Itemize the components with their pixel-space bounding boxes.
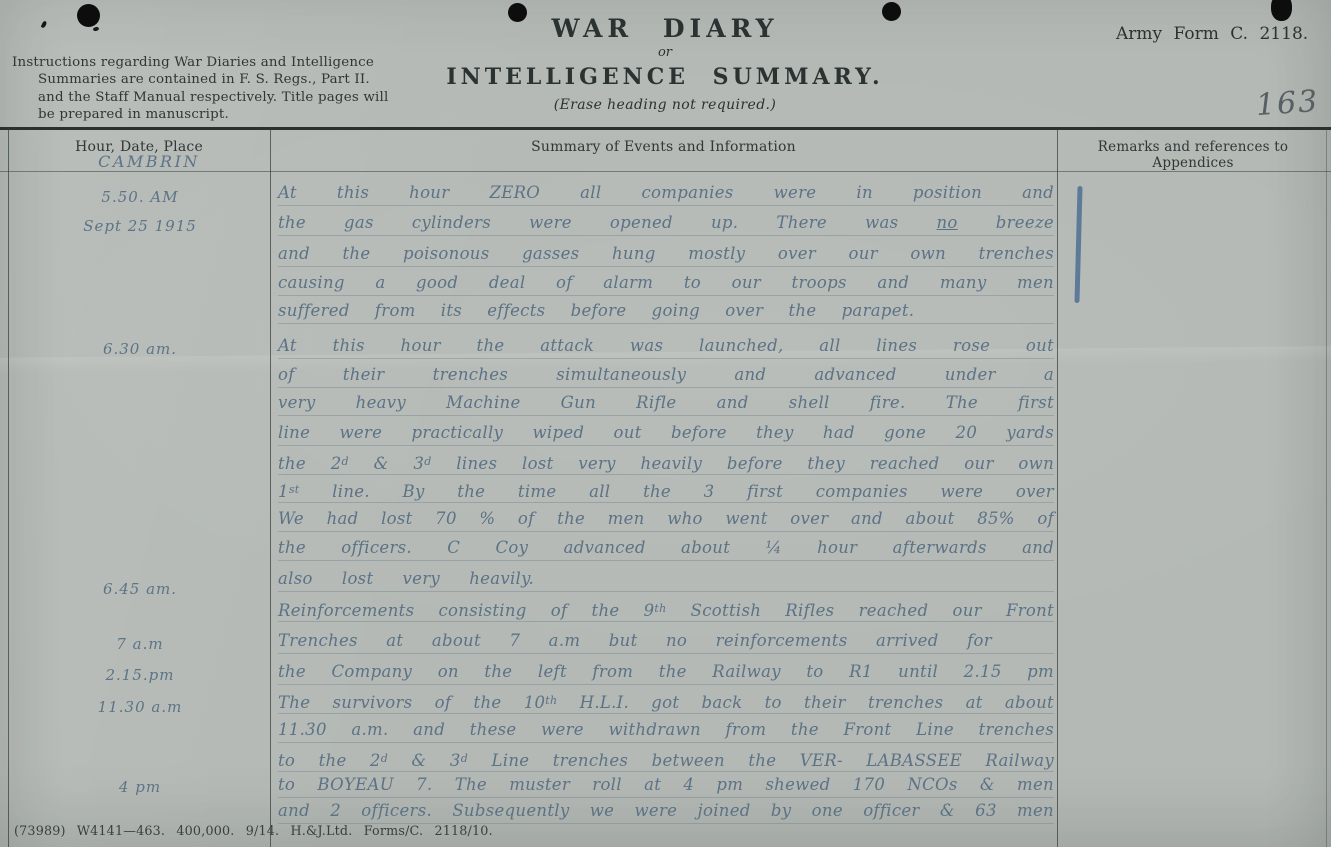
handwritten-time-entry: Sept 25 1915 <box>28 215 252 237</box>
diary-text-line: line were practically wiped out before t… <box>278 420 1054 446</box>
diary-text-line: to BOYEAU 7. The muster roll at 4 pm she… <box>278 772 1054 798</box>
handwritten-time-entry: 4 pm <box>28 776 252 798</box>
army-form-number: Army Form C. 2118. <box>1116 24 1308 44</box>
diary-text-line: also lost very heavily. <box>278 566 1054 592</box>
diary-text-line: Trenches at about 7 a.m but no reinforce… <box>278 628 1054 654</box>
blue-pencil-mark <box>1074 186 1082 303</box>
column-divider-hour-summary <box>270 127 271 847</box>
diary-text-line: At this hour ZERO all companies were in … <box>278 180 1054 206</box>
diary-text-line: the officers. C Coy advanced about ¼ hou… <box>278 535 1054 561</box>
handwritten-time-entry: 6.30 am. <box>28 338 252 360</box>
column-header-remarks: Remarks and references to Appendices <box>1057 139 1329 171</box>
diary-text-line: the Company on the left from the Railway… <box>278 659 1054 685</box>
diary-text-line: suffered from its effects before going o… <box>278 298 1054 324</box>
diary-text-line: of their trenches simultaneously and adv… <box>278 362 1054 388</box>
handwritten-time-entry: 6.45 am. <box>28 578 252 600</box>
diary-text-line: The survivors of the 10th H.L.I. got bac… <box>278 688 1054 714</box>
diary-text-line: and the poisonous gasses hung mostly ove… <box>278 241 1054 267</box>
hour-date-column: 5.50. AMSept 25 19156.30 am.6.45 am.7 a.… <box>28 0 252 847</box>
diary-text-line: 11.30 a.m. and these were withdrawn from… <box>278 717 1054 743</box>
handwritten-page-number: 163 <box>1255 84 1321 123</box>
diary-text-line: causing a good deal of alarm to our troo… <box>278 270 1054 296</box>
handwritten-time-entry: 5.50. AM <box>28 186 252 208</box>
war-diary-scan-page: Instructions regarding War Diaries and I… <box>0 0 1331 847</box>
diary-text-line: the gas cylinders were opened up. There … <box>278 210 1054 236</box>
handwritten-time-entry: 2.15.pm <box>28 664 252 686</box>
diary-text-line: Reinforcements consisting of the 9th Sco… <box>278 596 1054 622</box>
summary-column: At this hour ZERO all companies were in … <box>278 0 1054 847</box>
diary-text-line: and 2 officers. Subsequently we were joi… <box>278 798 1054 824</box>
diary-text-line: 1st line. By the time all the 3 first co… <box>278 477 1054 503</box>
diary-text-line: the 2d & 3d lines lost very heavily befo… <box>278 449 1054 475</box>
printer-imprint: (73989) W4141—463. 400,000. 9/14. H.&J.L… <box>14 823 493 838</box>
handwritten-time-entry: 7 a.m <box>28 633 252 655</box>
diary-text-line: to the 2d & 3d Line trenches between the… <box>278 746 1054 772</box>
handwritten-time-entry: 11.30 a.m <box>28 696 252 718</box>
diary-text-line: very heavy Machine Gun Rifle and shell f… <box>278 390 1054 416</box>
diary-text-line: At this hour the attack was launched, al… <box>278 333 1054 359</box>
punch-hole-icon <box>1271 0 1292 21</box>
table-right-border <box>1326 127 1327 847</box>
table-left-border <box>8 127 9 847</box>
diary-text-line: We had lost 70 % of the men who went ove… <box>278 506 1054 532</box>
column-divider-summary-remarks <box>1057 127 1058 847</box>
